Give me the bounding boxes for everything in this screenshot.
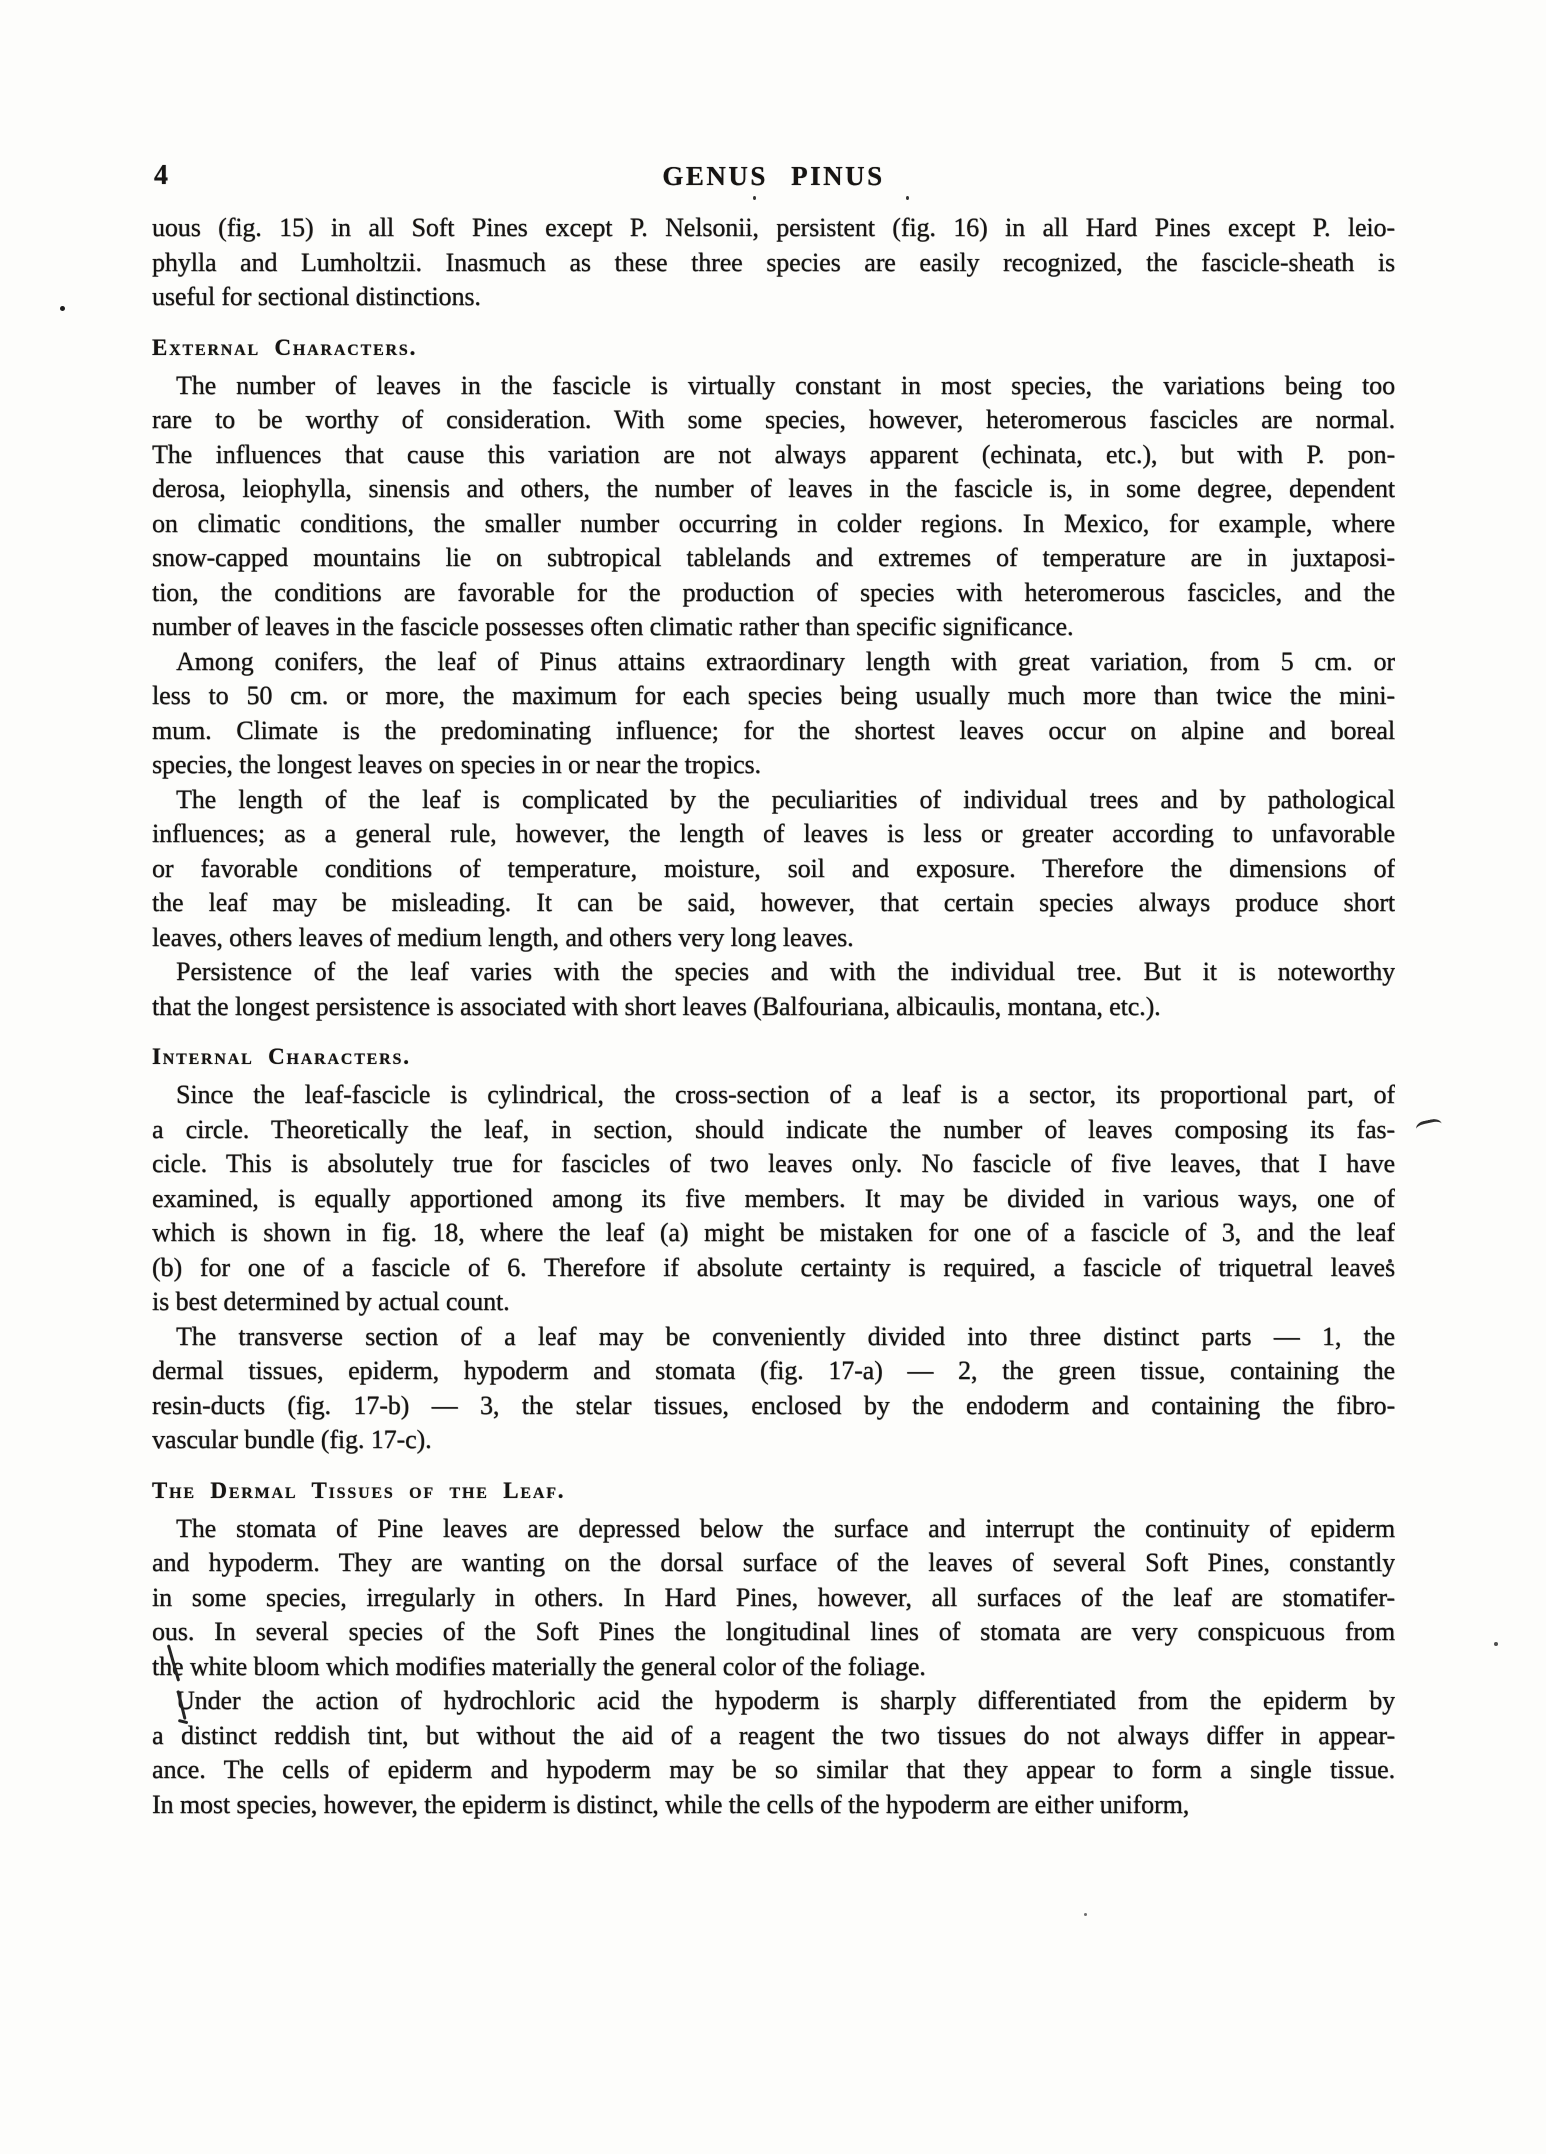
text-line: resin-ducts (fig. 17-b) — 3, the stelar … (152, 1389, 1395, 1424)
text-line: the leaf may be misleading. It can be sa… (152, 886, 1395, 921)
title-ink-speck (753, 196, 756, 200)
text-line: number of leaves in the fascicle possess… (152, 610, 1395, 645)
text-line: species, the longest leaves on species i… (152, 748, 1395, 783)
text-line: useful for sectional distinctions. (152, 280, 1395, 315)
paragraph-leaf-persistence: Persistence of the leaf varies with the … (152, 955, 1395, 1024)
text-line: The length of the leaf is complicated by… (152, 783, 1395, 818)
text-line: less to 50 cm. or more, the maximum for … (152, 679, 1395, 714)
text-line: Under the action of hydrochloric acid th… (152, 1684, 1395, 1719)
text-line: tion, the conditions are favorable for t… (152, 576, 1395, 611)
text-line: influences; as a general rule, however, … (152, 817, 1395, 852)
paragraph-continuation: uous (fig. 15) in all Soft Pines except … (152, 211, 1395, 315)
paragraph-leaf-length: Among conifers, the leaf of Pinus attain… (152, 645, 1395, 783)
page-number: 4 (154, 158, 168, 194)
text-line: In most species, however, the epiderm is… (152, 1788, 1395, 1823)
text-line: cicle. This is absolutely true for fasci… (152, 1147, 1395, 1182)
bottom-ink-speck (1084, 1913, 1087, 1916)
text-line: derosa, leiophylla, sinensis and others,… (152, 472, 1395, 507)
text-line: Among conifers, the leaf of Pinus attain… (152, 645, 1395, 680)
paragraph-stomata: The stomata of Pine leaves are depressed… (152, 1512, 1395, 1685)
text-line: The transverse section of a leaf may be … (152, 1320, 1395, 1355)
title-ink-speck (906, 196, 909, 200)
right-margin-ink-dot (1388, 1259, 1392, 1263)
text-line: Persistence of the leaf varies with the … (152, 955, 1395, 990)
text-line: that the longest persistence is associat… (152, 990, 1395, 1025)
text-block: uous (fig. 15) in all Soft Pines except … (152, 211, 1395, 1822)
text-line: (b) for one of a fascicle of 6. Therefor… (152, 1251, 1395, 1286)
section-heading-dermal-tissues: The Dermal Tissues of the Leaf. (152, 1473, 1395, 1508)
text-line: Since the leaf-fascicle is cylindrical, … (152, 1078, 1395, 1113)
left-margin-ink-dot (60, 306, 65, 311)
text-line: a circle. Theoretically the leaf, in sec… (152, 1113, 1395, 1148)
text-line: phylla and Lumholtzii. Inasmuch as these… (152, 246, 1395, 281)
text-line: is best determined by actual count. (152, 1285, 1395, 1320)
section-heading-external-characters: External Characters. (152, 330, 1395, 365)
text-line: on climatic conditions, the smaller numb… (152, 507, 1395, 542)
text-line: leaves, others leaves of medium length, … (152, 921, 1395, 956)
paragraph-leaf-number: The number of leaves in the fascicle is … (152, 369, 1395, 645)
scanned-book-page: 4 GENUS PINUS uous (fig. 15) in all Soft… (0, 0, 1546, 2154)
text-line: snow-capped mountains lie on subtropical… (152, 541, 1395, 576)
text-line: ance. The cells of epiderm and hypoderm … (152, 1753, 1395, 1788)
text-line: vascular bundle (fig. 17-c). (152, 1423, 1395, 1458)
text-line: the white bloom which modifies materiall… (152, 1650, 1395, 1685)
right-margin-pen-dash (1415, 1117, 1443, 1135)
text-line: The number of leaves in the fascicle is … (152, 369, 1395, 404)
text-line: mum. Climate is the predominating influe… (152, 714, 1395, 749)
text-line: in some species, irregularly in others. … (152, 1581, 1395, 1616)
text-line: a distinct reddish tint, but without the… (152, 1719, 1395, 1754)
section-heading-internal-characters: Internal Characters. (152, 1039, 1395, 1074)
text-line: ous. In several species of the Soft Pine… (152, 1615, 1395, 1650)
text-line: The stomata of Pine leaves are depressed… (152, 1512, 1395, 1547)
text-line: or favorable conditions of temperature, … (152, 852, 1395, 887)
text-line: uous (fig. 15) in all Soft Pines except … (152, 211, 1395, 246)
text-line: rare to be worthy of consideration. With… (152, 403, 1395, 438)
page-header: 4 GENUS PINUS (152, 158, 1395, 194)
text-line: dermal tissues, epiderm, hypoderm and st… (152, 1354, 1395, 1389)
paragraph-leaf-fascicle-section: Since the leaf-fascicle is cylindrical, … (152, 1078, 1395, 1320)
text-line: The influences that cause this variation… (152, 438, 1395, 473)
paragraph-hydrochloric-acid: Under the action of hydrochloric acid th… (152, 1684, 1395, 1822)
right-margin-ink-dot (1494, 1642, 1498, 1646)
paragraph-transverse-section: The transverse section of a leaf may be … (152, 1320, 1395, 1458)
running-title: GENUS PINUS (152, 158, 1395, 194)
text-line: which is shown in fig. 18, where the lea… (152, 1216, 1395, 1251)
text-line: and hypoderm. They are wanting on the do… (152, 1546, 1395, 1581)
text-line: examined, is equally apportioned among i… (152, 1182, 1395, 1217)
paragraph-leaf-length-influences: The length of the leaf is complicated by… (152, 783, 1395, 956)
